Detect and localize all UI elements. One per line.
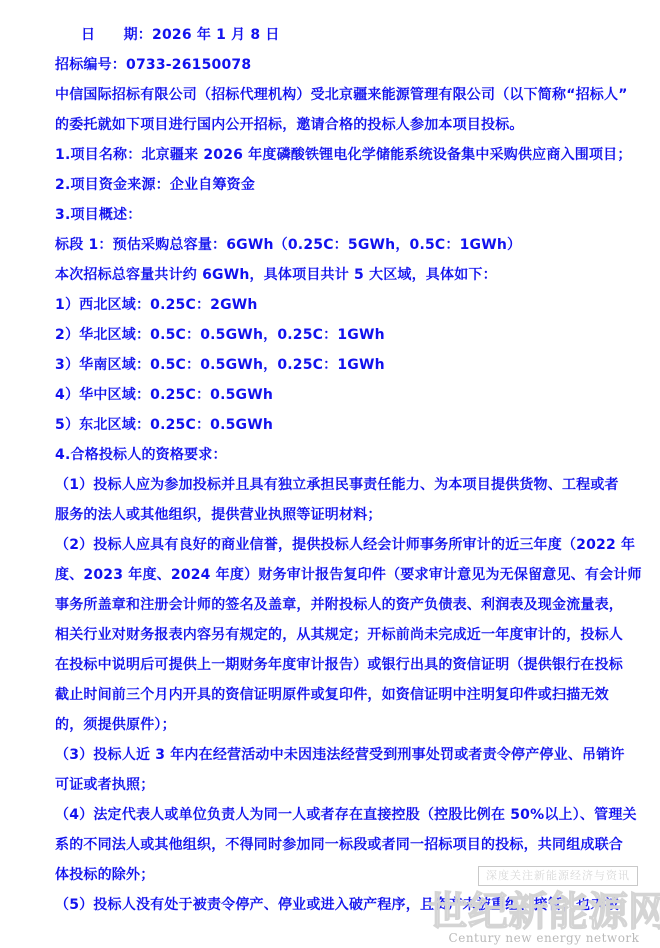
region-northeast-line: 5）东北区域：0.25C：0.5GWh bbox=[55, 410, 624, 440]
watermark-tagline-text: 深度关注新能源经济与资讯 bbox=[486, 869, 630, 882]
project-name-line: 1.项目名称：北京疆来 2026 年度磷酸铁锂电化学储能系统设备集中采购供应商入… bbox=[55, 140, 624, 170]
project-overview-heading: 3.项目概述： bbox=[55, 200, 624, 230]
doc-line: （1）投标人应为参加投标并且具有独立承担民事责任能力、为本项目提供货物、工程或者 bbox=[55, 470, 624, 500]
doc-line: 截止时间前三个月内开具的资信证明原件或复印件，如资信证明中注明复印件或扫描无效 bbox=[55, 680, 624, 710]
doc-line: 度、2023 年度、2024 年度）财务审计报告复印件（要求审计意见为无保留意见… bbox=[55, 560, 624, 590]
watermark-site-name: 世纪新能源网 bbox=[428, 890, 660, 934]
doc-line: 事务所盖章和注册会计师的签名及盖章，并附投标人的资产负债表、利润表及现金流量表， bbox=[55, 590, 624, 620]
region-north-line: 2）华北区域：0.5C：0.5GWh，0.25C：1GWh bbox=[55, 320, 624, 350]
tender-number-line: 招标编号：0733-26150078 bbox=[55, 50, 624, 80]
watermark-site-name-english: Century new energy network bbox=[428, 931, 660, 945]
region-south-line: 3）华南区域：0.5C：0.5GWh，0.25C：1GWh bbox=[55, 350, 624, 380]
tender-document-page: 日 期：2026 年 1 月 8 日 招标编号：0733-26150078 中信… bbox=[0, 0, 660, 948]
doc-line: 中信国际招标有限公司（招标代理机构）受北京疆来能源管理有限公司（以下简称“招标人… bbox=[55, 80, 624, 110]
date-line: 日 期：2026 年 1 月 8 日 bbox=[55, 20, 624, 50]
doc-line: 的委托就如下项目进行国内公开招标，邀请合格的投标人参加本项目投标。 bbox=[55, 110, 624, 140]
doc-line: 相关行业对财务报表内容另有规定的，从其规定；开标前尚未完成近一年度审计的，投标人 bbox=[55, 620, 624, 650]
watermark-tagline-box: 深度关注新能源经济与资讯 bbox=[478, 866, 638, 886]
region-northwest-line: 1）西北区域：0.25C：2GWh bbox=[55, 290, 624, 320]
funding-source-line: 2.项目资金来源：企业自筹资金 bbox=[55, 170, 624, 200]
doc-line: 的，须提供原件）； bbox=[55, 710, 624, 740]
qualification-heading: 4.合格投标人的资格要求： bbox=[55, 440, 624, 470]
region-central-line: 4）华中区域：0.25C：0.5GWh bbox=[55, 380, 624, 410]
doc-line: 可证或者执照； bbox=[55, 770, 624, 800]
doc-line: （4）法定代表人或单位负责人为同一人或者存在直接控股（控股比例在 50%以上）、… bbox=[55, 800, 624, 830]
total-capacity-line: 本次招标总容量共计约 6GWh，具体项目共计 5 大区域，具体如下： bbox=[55, 260, 624, 290]
doc-line: 在投标中说明后可提供上一期财务年度审计报告）或银行出具的资信证明（提供银行在投标 bbox=[55, 650, 624, 680]
doc-line: （2）投标人应具有良好的商业信誉，提供投标人经会计师事务所审计的近三年度（202… bbox=[55, 530, 624, 560]
doc-line: （3）投标人近 3 年内在经营活动中未因违法经营受到刑事处罚或者责令停产停业、吊… bbox=[55, 740, 624, 770]
lot1-capacity-line: 标段 1：预估采购总容量：6GWh（0.25C：5GWh，0.5C：1GWh） bbox=[55, 230, 624, 260]
doc-line: 系的不同法人或其他组织，不得同时参加同一标段或者同一招标项目的投标，共同组成联合 bbox=[55, 830, 624, 860]
doc-line: 服务的法人或其他组织，提供营业执照等证明材料； bbox=[55, 500, 624, 530]
